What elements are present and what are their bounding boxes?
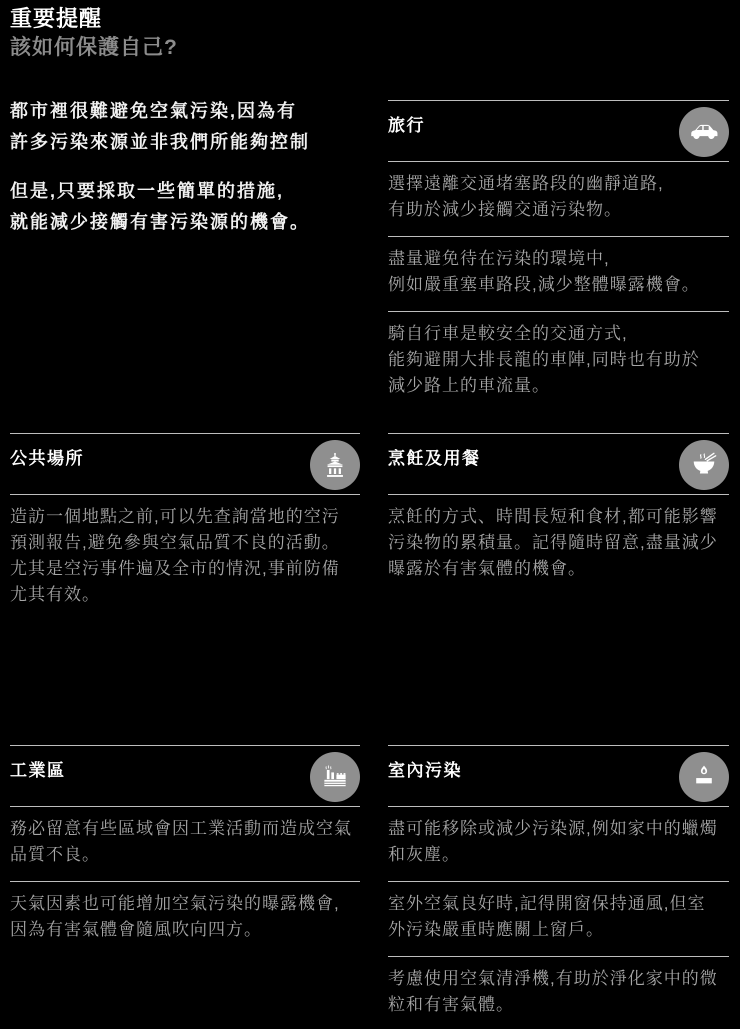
section-title: 旅行	[388, 101, 729, 136]
section-title: 公共場所	[10, 434, 360, 469]
section-cooking: 烹飪及用餐 烹飪的方式、時間長短和食材,都可能影響 污染物的累積量。記得隨時留意…	[388, 433, 729, 595]
section-paragraph: 考慮使用空氣清淨機,有助於淨化家中的微 粒和有害氣體。	[388, 957, 729, 1029]
page-header: 重要提醒 該如何保護自己?	[10, 4, 178, 62]
section-public-places: 公共場所 造訪一個地點之前,可以先查詢當地的空污 預測報告,避免參與空氣品質不良…	[10, 433, 360, 621]
factory-icon	[310, 752, 360, 802]
page-title: 重要提醒	[10, 4, 178, 33]
section-header: 公共場所	[10, 434, 360, 494]
intro-text: 都市裡很難避免空氣污染,因為有 許多污染來源並非我們所能夠控制 但是,只要採取一…	[10, 96, 360, 256]
car-icon	[679, 107, 729, 157]
page-subtitle: 該如何保護自己?	[10, 33, 178, 62]
section-travel: 旅行 選擇遠離交通堵塞路段的幽靜道路, 有助於減少接觸交通污染物。 盡量避免待在…	[388, 100, 729, 412]
candle-icon	[679, 752, 729, 802]
section-title: 烹飪及用餐	[388, 434, 729, 469]
section-paragraph: 盡可能移除或減少污染源,例如家中的蠟燭 和灰塵。	[388, 807, 729, 881]
section-paragraph: 室外空氣良好時,記得開窗保持通風,但室 外污染嚴重時應關上窗戶。	[388, 882, 729, 956]
section-header: 室內污染	[388, 746, 729, 806]
section-title: 工業區	[10, 746, 360, 781]
section-header: 工業區	[10, 746, 360, 806]
section-paragraph: 騎自行車是較安全的交通方式, 能夠避開大排長龍的車陣,同時也有助於 減少路上的車…	[388, 312, 729, 412]
section-title: 室內污染	[388, 746, 729, 781]
section-paragraph: 天氣因素也可能增加空氣污染的曝露機會, 因為有害氣體會隨風吹向四方。	[10, 882, 360, 956]
protection-tips-page: 重要提醒 該如何保護自己? 都市裡很難避免空氣污染,因為有 許多污染來源並非我們…	[0, 0, 740, 1029]
section-paragraph: 選擇遠離交通堵塞路段的幽靜道路, 有助於減少接觸交通污染物。	[388, 162, 729, 236]
section-industrial: 工業區 務必留意有些區域會因工業活動而造成空氣 品質不良。 天氣因素也	[10, 745, 360, 956]
intro-paragraph: 但是,只要採取一些簡單的措施, 就能減少接觸有害污染源的機會。	[10, 176, 360, 238]
landmark-icon	[310, 440, 360, 490]
intro-paragraph: 都市裡很難避免空氣污染,因為有 許多污染來源並非我們所能夠控制	[10, 96, 360, 158]
section-paragraph: 造訪一個地點之前,可以先查詢當地的空污 預測報告,避免參與空氣品質不良的活動。 …	[10, 495, 360, 621]
section-paragraph: 烹飪的方式、時間長短和食材,都可能影響 污染物的累積量。記得隨時留意,盡量減少 …	[388, 495, 729, 595]
section-header: 旅行	[388, 101, 729, 161]
section-header: 烹飪及用餐	[388, 434, 729, 494]
section-paragraph: 盡量避免待在污染的環境中, 例如嚴重塞車路段,減少整體曝露機會。	[388, 237, 729, 311]
section-paragraph: 務必留意有些區域會因工業活動而造成空氣 品質不良。	[10, 807, 360, 881]
bowl-chopsticks-icon	[679, 440, 729, 490]
section-indoor-pollution: 室內污染 盡可能移除或減少污染源,例如家中的蠟燭 和灰塵。 室外空氣良好時,記得…	[388, 745, 729, 1029]
